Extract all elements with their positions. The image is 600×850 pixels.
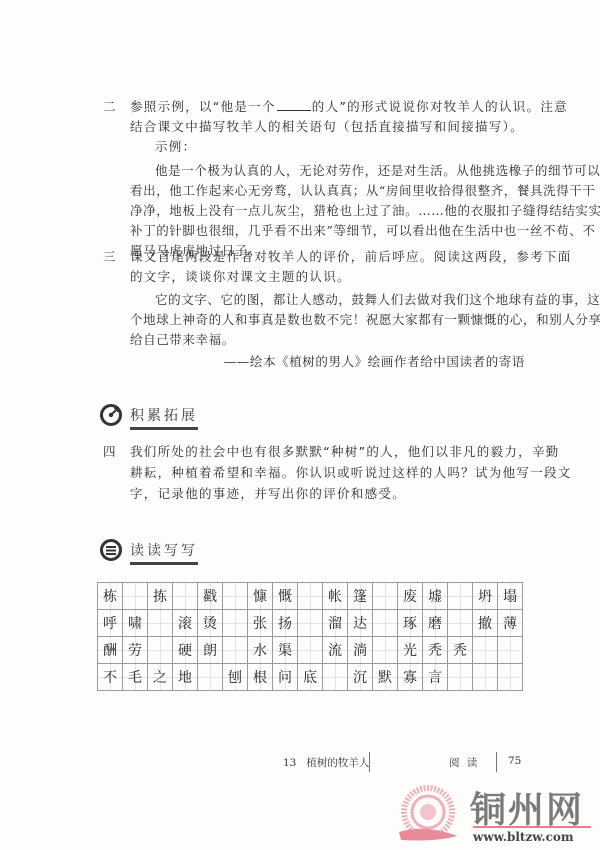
grid-cell: 根	[248, 664, 273, 691]
grid-cell	[498, 637, 523, 664]
footer-divider	[496, 752, 497, 772]
grid-row: 酬劳硬朗水渠流淌光秃秃	[98, 637, 523, 664]
page-number: 75	[508, 755, 521, 767]
grid-cell: 戳	[198, 583, 223, 610]
grid-cell: 淌	[348, 637, 373, 664]
grid-cell	[448, 664, 473, 691]
grid-cell	[473, 664, 498, 691]
section-underline	[130, 427, 198, 430]
section-title-text: 读读写写	[130, 543, 198, 559]
grid-cell: 拣	[148, 583, 173, 610]
grid-cell: 硬	[173, 637, 198, 664]
grid-cell: 水	[248, 637, 273, 664]
grid-cell: 帐	[323, 583, 348, 610]
watermark-url: www.bltzw.com	[473, 830, 574, 844]
watermark-logo-icon	[395, 780, 465, 850]
grid-cell: 废	[398, 583, 423, 610]
grid-cell: 刨	[223, 664, 248, 691]
quote-line: 个地球上神奇的人和事真是数也数不完！祝愿大家都有一颗慷慨的心，和别人分享，	[130, 310, 600, 329]
refresh-arrow-icon	[100, 404, 122, 426]
grid-cell	[173, 583, 198, 610]
grid-cell: 磨	[423, 610, 448, 637]
section-underline	[130, 562, 198, 565]
grid-cell: 言	[423, 664, 448, 691]
grid-cell: 琢	[398, 610, 423, 637]
grid-cell: 撤	[473, 610, 498, 637]
grid-cell: 慨	[273, 583, 298, 610]
quote-line: 它的文字、它的图，都让人感动，鼓舞人们去做对我们这个地球有益的事，这	[155, 290, 600, 309]
grid-cell	[223, 583, 248, 610]
example-label: 示例：	[155, 137, 196, 156]
question-3-prompt-line: 课文首尾两段是作者对牧羊人的评价，前后呼应。阅读这两段，参考下面	[130, 247, 572, 266]
lesson-number: 13	[283, 757, 296, 769]
grid-cell: 问	[273, 664, 298, 691]
grid-cell: 劳	[123, 637, 148, 664]
grid-cell: 坍	[473, 583, 498, 610]
question-4-prompt-line: 我们所处的社会中也有很多默默“种树”的人，他们以非凡的毅力，辛勤	[130, 442, 560, 461]
grid-cell	[448, 583, 473, 610]
section-header-readwrite: 读读写写	[100, 535, 198, 565]
grid-cell	[373, 583, 398, 610]
question-3-prompt-line: 的文字，谈谈你对课文主题的认识。	[130, 267, 351, 286]
question-4-prompt-line: 字，记录他的事迹，并写出你的评价和感受。	[130, 484, 406, 503]
grid-cell: 扬	[273, 610, 298, 637]
section-title-text: 积累拓展	[130, 408, 198, 424]
grid-cell: 薄	[498, 610, 523, 637]
grid-cell	[198, 664, 223, 691]
grid-cell: 烫	[198, 610, 223, 637]
question-number-2: 二	[103, 97, 116, 116]
example-line: 净净，地板上没有一点儿灰尘，猎枪也上过了油。……他的衣服扣子缝得结结实实，	[130, 201, 600, 220]
quote-line: 给自己带来幸福。	[130, 330, 235, 349]
question-number-4: 四	[103, 442, 116, 461]
grid-row: 呼啸滚烫张扬溜达琢磨撤薄	[98, 610, 523, 637]
prompt-text: 参照示例，以“他是一个	[130, 99, 276, 114]
grid-cell: 朗	[198, 637, 223, 664]
grid-cell: 呼	[98, 610, 123, 637]
grid-cell: 底	[298, 664, 323, 691]
grid-cell: 滚	[173, 610, 198, 637]
grid-cell: 毛	[123, 664, 148, 691]
quote-attribution: ——绘本《植树的男人》绘画作者给中国读者的寄语	[224, 352, 525, 371]
grid-cell	[148, 610, 173, 637]
grid-cell	[148, 637, 173, 664]
footer-unit: 阅 读	[449, 755, 479, 770]
grid-cell: 慷	[248, 583, 273, 610]
grid-cell: 秃	[423, 637, 448, 664]
grid-cell: 不	[98, 664, 123, 691]
grid-cell: 张	[248, 610, 273, 637]
lesson-title: 植树的牧羊人	[306, 757, 369, 769]
grid-cell: 渠	[273, 637, 298, 664]
watermark-rule	[473, 826, 591, 828]
grid-row: 不毛之地刨根问底沉默寡言	[98, 664, 523, 691]
section-title: 积累拓展	[130, 405, 198, 425]
grid-cell: 篷	[348, 583, 373, 610]
question-2-prompt-line-2: 结合课文中描写牧羊人的相关语句（包括直接描写和间接描写）。	[130, 117, 524, 136]
grid-cell: 地	[173, 664, 198, 691]
grid-cell: 达	[348, 610, 373, 637]
grid-cell: 之	[148, 664, 173, 691]
grid-cell	[223, 637, 248, 664]
fill-blank	[277, 98, 311, 111]
grid-cell	[373, 610, 398, 637]
grid-cell: 栋	[98, 583, 123, 610]
question-2-prompt-line-1: 参照示例，以“他是一个的人”的形式说说你对牧羊人的认识。注意	[130, 97, 568, 116]
section-title: 读读写写	[130, 540, 198, 560]
grid-cell: 秃	[448, 637, 473, 664]
grid-cell: 墟	[423, 583, 448, 610]
example-line: 看出，他工作起来心无旁骛，认认真真；从“房间里收拾得很整齐，餐具洗得干干	[130, 181, 596, 200]
prompt-text: 的人”的形式说说你对牧羊人的认识。注意	[312, 99, 568, 114]
grid-cell	[323, 664, 348, 691]
grid-cell: 沉	[348, 664, 373, 691]
grid-cell	[498, 664, 523, 691]
footer-lesson: 13 植树的牧羊人	[283, 755, 369, 770]
watermark: 铜州网 www.bltzw.com	[395, 780, 600, 850]
footer-divider	[369, 752, 370, 772]
grid-cell: 啸	[123, 610, 148, 637]
grid-cell	[223, 610, 248, 637]
grid-cell	[298, 637, 323, 664]
grid-cell	[123, 583, 148, 610]
grid-cell	[473, 637, 498, 664]
example-line: 他是一个极为认真的人，无论对劳作，还是对生活。从他挑选橡子的细节可以	[155, 161, 600, 180]
grid-cell: 流	[323, 637, 348, 664]
question-number-3: 三	[103, 247, 116, 266]
example-line: 补丁的针脚也很细，几乎看不出来”等细节，可以看出他在生活中也一丝不苟、不	[130, 221, 596, 240]
grid-cell	[448, 610, 473, 637]
menu-lines-icon	[100, 539, 122, 561]
grid-cell: 默	[373, 664, 398, 691]
grid-cell	[373, 637, 398, 664]
grid-row: 栋拣戳慷慨帐篷废墟坍塌	[98, 583, 523, 610]
vocabulary-grid: 栋拣戳慷慨帐篷废墟坍塌呼啸滚烫张扬溜达琢磨撤薄酬劳硬朗水渠流淌光秃秃不毛之地刨根…	[97, 582, 523, 691]
grid-cell	[298, 610, 323, 637]
question-4-prompt-line: 耕耘，种植着希望和幸福。你认识或听说过这样的人吗？试为他写一段文	[130, 463, 572, 482]
grid-cell: 酬	[98, 637, 123, 664]
grid-cell: 光	[398, 637, 423, 664]
grid-cell: 寡	[398, 664, 423, 691]
section-header-accumulate: 积累拓展	[100, 400, 198, 430]
grid-cell	[298, 583, 323, 610]
grid-cell: 塌	[498, 583, 523, 610]
grid-cell: 溜	[323, 610, 348, 637]
